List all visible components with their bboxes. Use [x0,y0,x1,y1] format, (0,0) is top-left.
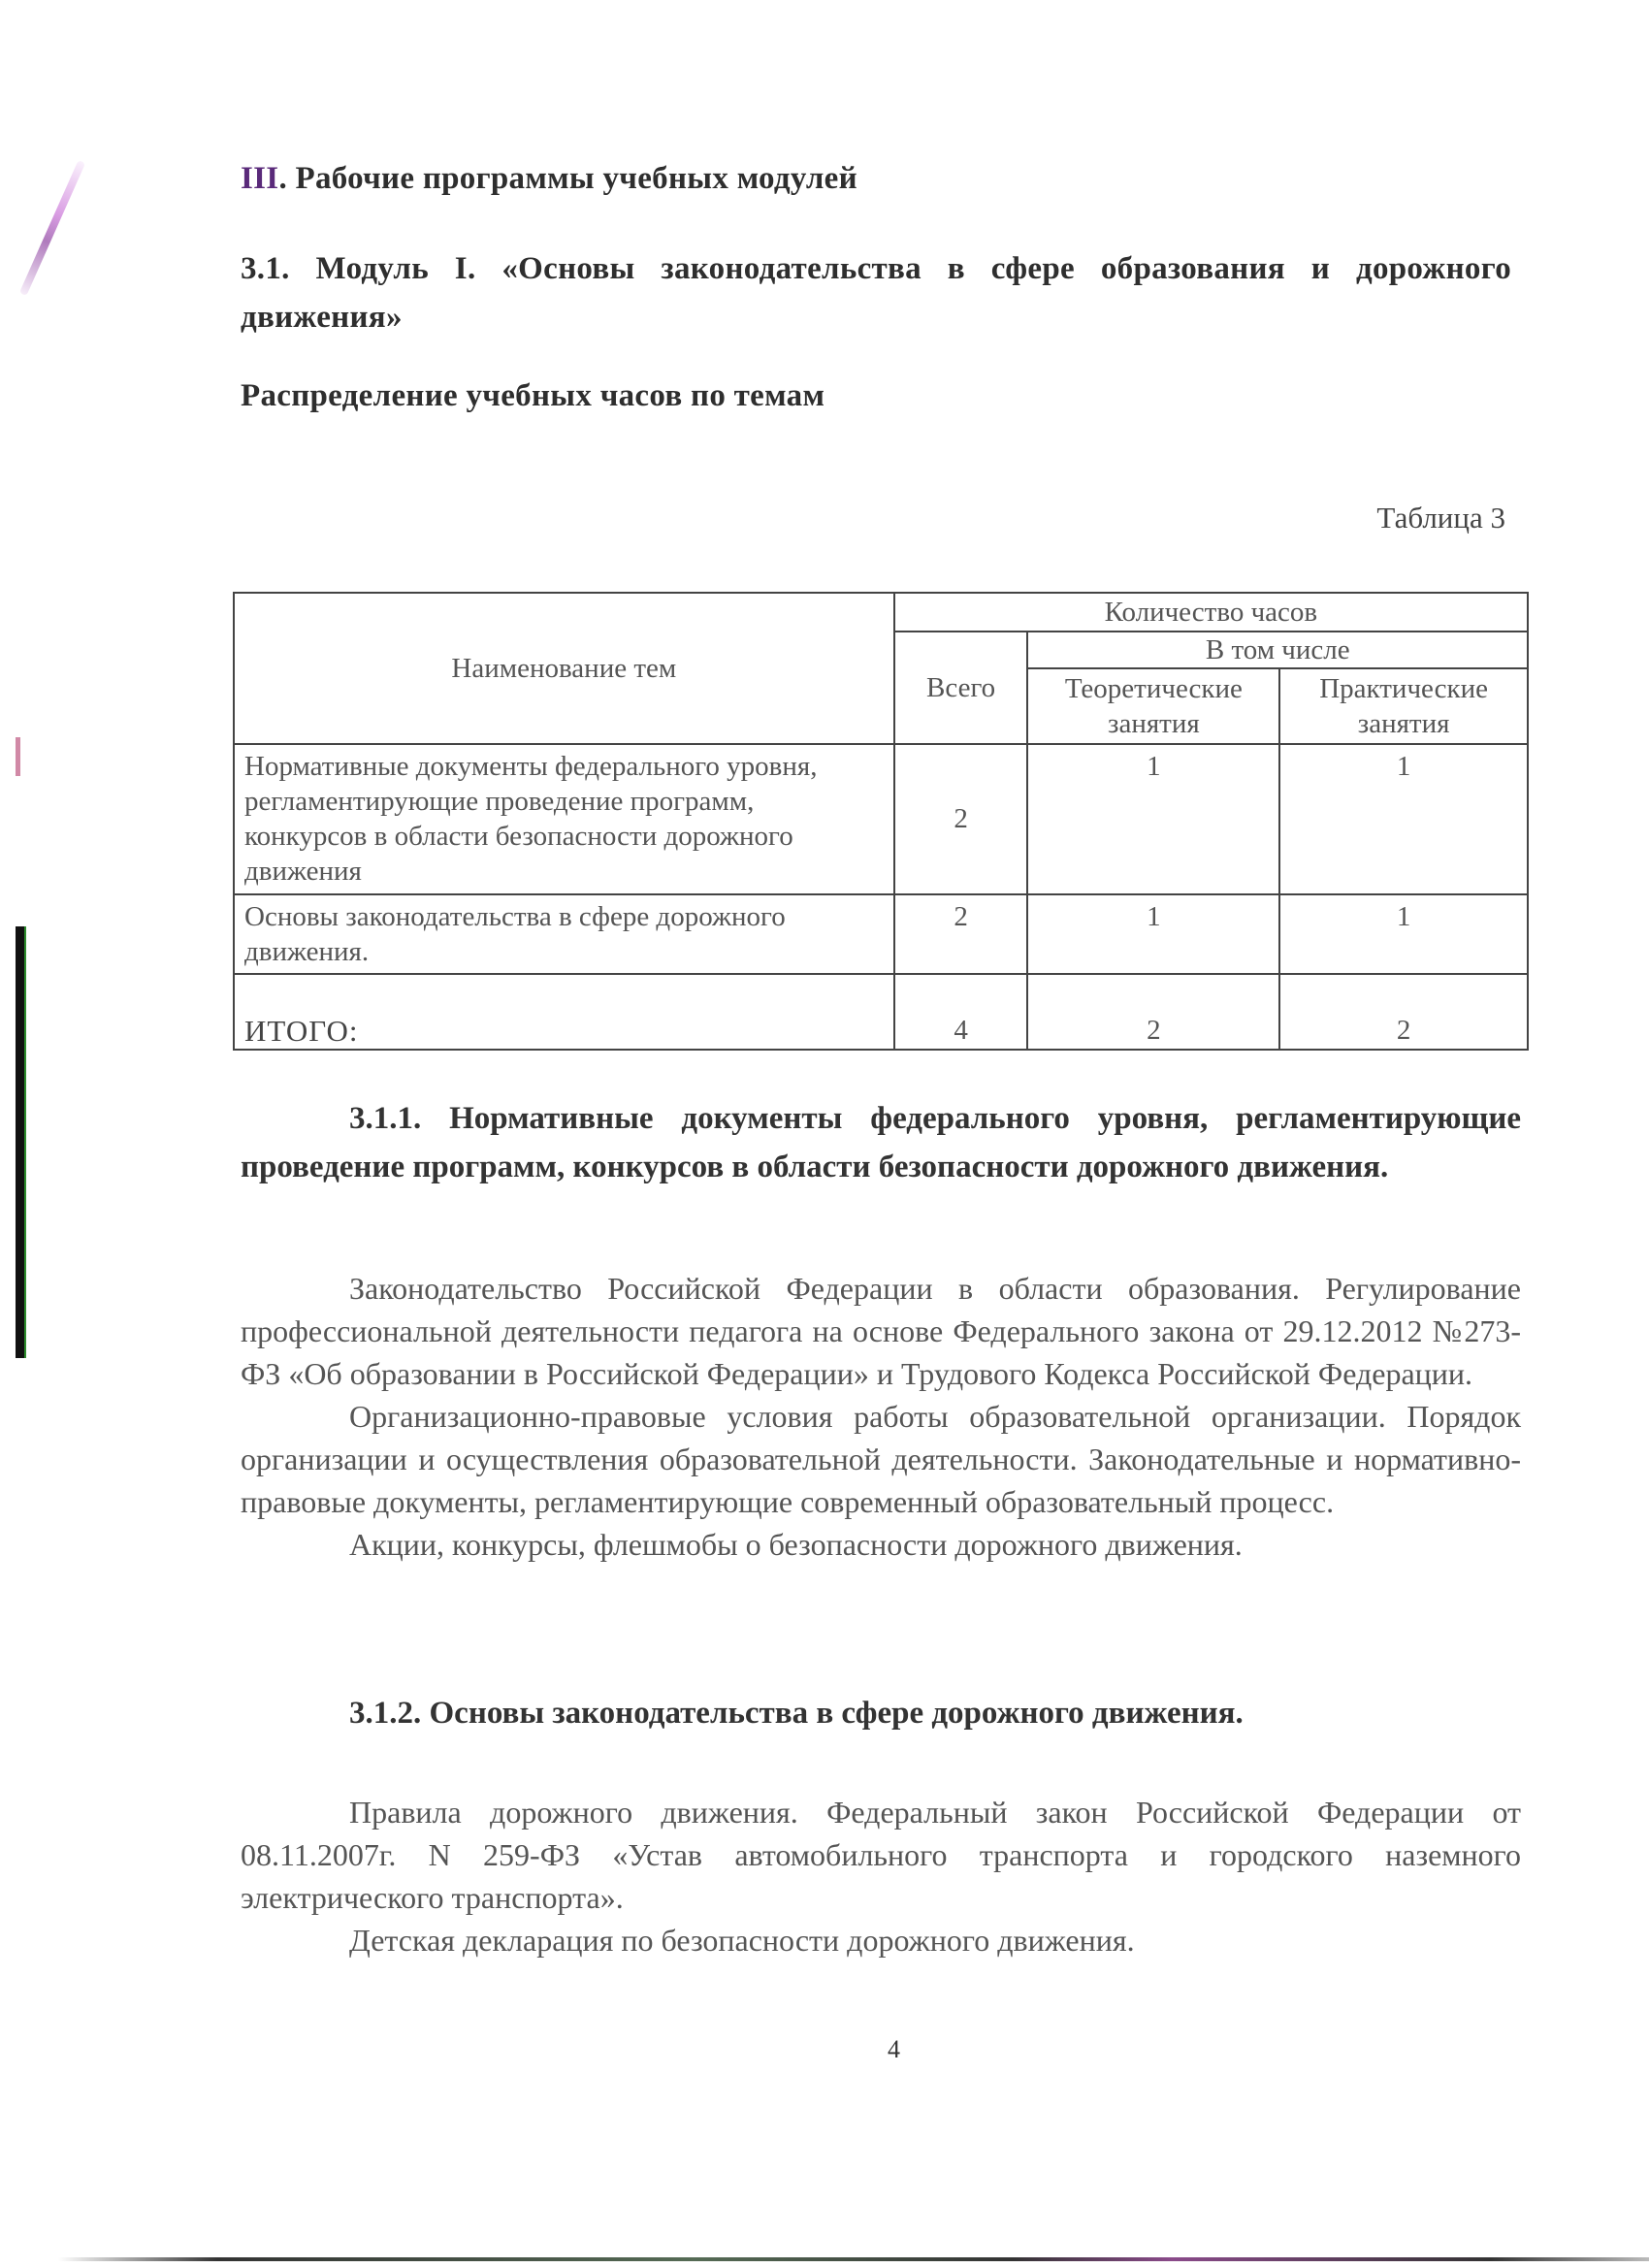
header-including-group: В том числе [1027,632,1528,668]
section-title: III. Рабочие программы учебных модулей [241,161,857,197]
row-theory: 1 [1027,744,1279,894]
hours-table: Наименование тем Количество часов Всего … [233,592,1529,1051]
header-total: Всего [894,632,1028,744]
subsection-1-body: Законодательство Российской Федерации в … [241,1267,1521,1566]
row-practice: 1 [1279,894,1528,974]
subsection-1-title: 3.1.1. Нормативные документы федеральног… [241,1094,1521,1191]
row-theory: 1 [1027,894,1279,974]
header-practice: Практические занятия [1279,668,1528,744]
margin-mark-artifact [16,737,20,776]
total-hours: 4 [894,974,1028,1050]
subsection-1-title-text: 3.1.1. Нормативные документы федеральног… [241,1101,1521,1184]
total-practice: 2 [1279,974,1528,1050]
table-row: Основы законодательства в сфере дорожног… [234,894,1528,974]
paragraph: Правила дорожного движения. Федеральный … [241,1791,1521,1919]
table-total-row: ИТОГО: 4 2 2 [234,974,1528,1050]
paragraph: Детская декларация по безопасности дорож… [241,1919,1521,1961]
subsection-2-body: Правила дорожного движения. Федеральный … [241,1791,1521,1961]
paragraph: Организационно-правовые условия работы о… [241,1395,1521,1523]
header-topic: Наименование тем [234,593,894,744]
scan-bottom-edge-artifact [58,2257,1649,2261]
paragraph: Акции, конкурсы, флешмобы о безопасности… [241,1523,1521,1566]
header-theory: Теоретические занятия [1027,668,1279,744]
page-number: 4 [888,2035,900,2064]
row-topic: Нормативные документы федерального уровн… [234,744,894,894]
total-theory: 2 [1027,974,1279,1050]
stamp-mark-artifact [19,160,85,296]
total-label: ИТОГО: [234,974,894,1050]
row-total: 2 [894,894,1028,974]
module-title: 3.1. Модуль I. «Основы законодательства … [241,244,1511,341]
paragraph: Законодательство Российской Федерации в … [241,1267,1521,1395]
section-title-text: . Рабочие программы учебных модулей [278,161,857,196]
row-practice: 1 [1279,744,1528,894]
scan-edge-bar-artifact [16,926,26,1358]
table-caption: Таблица 3 [1376,501,1505,535]
row-total: 2 [894,744,1028,894]
header-hours-group: Количество часов [894,593,1528,632]
row-topic: Основы законодательства в сфере дорожног… [234,894,894,974]
section-roman-numeral: III [241,161,278,196]
hours-distribution-title: Распределение учебных часов по темам [241,378,824,414]
subsection-2-title: 3.1.2. Основы законодательства в сфере д… [349,1696,1244,1732]
table-row: Нормативные документы федерального уровн… [234,744,1528,894]
